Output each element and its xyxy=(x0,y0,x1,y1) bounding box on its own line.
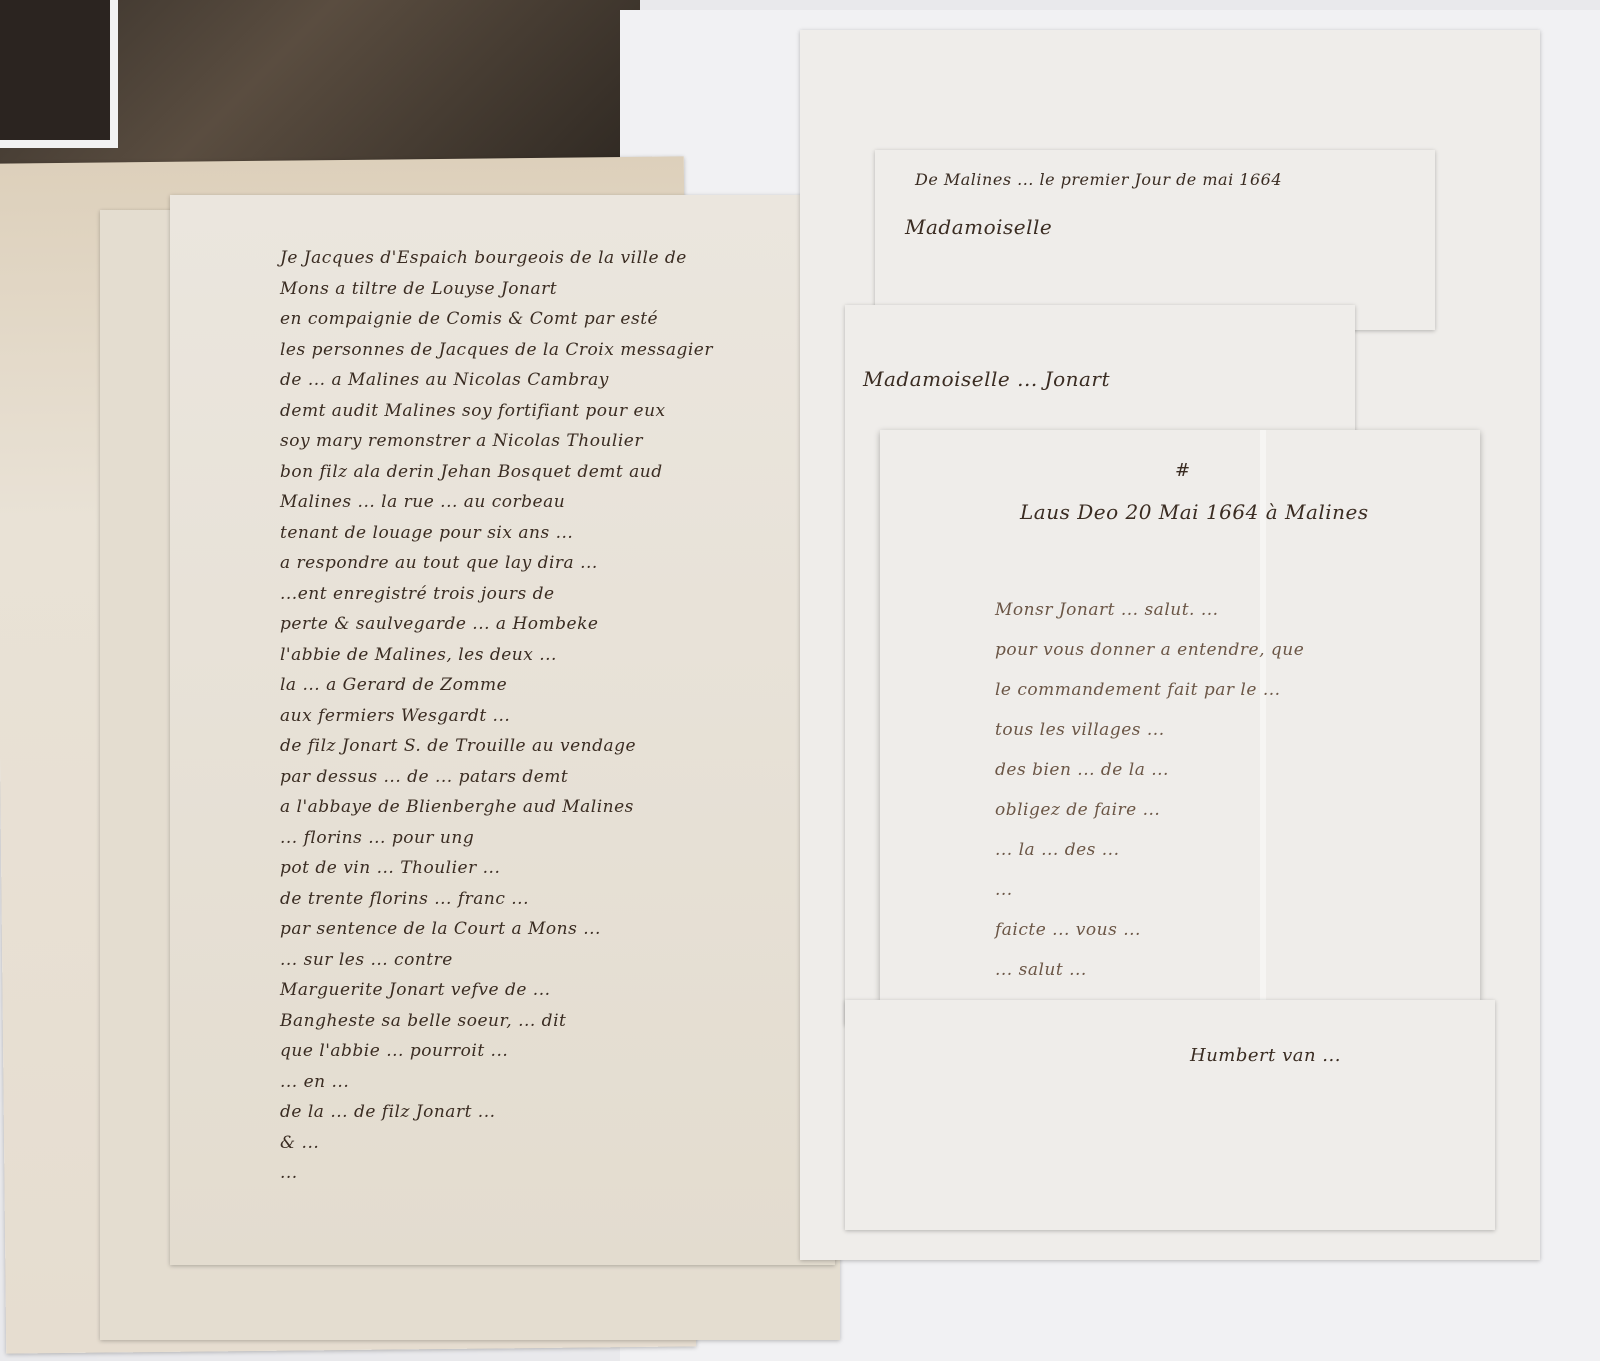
handwritten-line: ... salut ... xyxy=(995,950,1304,990)
handwritten-line: par sentence de la Court a Mons ... xyxy=(280,914,713,945)
handwritten-line: pot de vin ... Thoulier ... xyxy=(280,853,713,884)
handwritten-line: que l'abbie ... pourroit ... xyxy=(280,1036,713,1067)
handwritten-line: aux fermiers Wesgardt ... xyxy=(280,701,713,732)
handwritten-line: des bien ... de la ... xyxy=(995,750,1304,790)
handwritten-line: l'abbie de Malines, les deux ... xyxy=(280,640,713,671)
handwritten-line: bon filz ala derin Jehan Bosquet demt au… xyxy=(280,457,713,488)
middle-letter-salutation: Madamoiselle ... Jonart xyxy=(863,367,1110,391)
handwritten-line: tous les villages ... xyxy=(995,710,1304,750)
handwritten-line: demt audit Malines soy fortifiant pour e… xyxy=(280,396,713,427)
handwritten-line: les personnes de Jacques de la Croix mes… xyxy=(280,335,713,366)
handwritten-line: Monsr Jonart ... salut. ... xyxy=(995,590,1304,630)
handwritten-line: tenant de louage pour six ans ... xyxy=(280,518,713,549)
handwritten-line: perte & saulvegarde ... a Hombeke xyxy=(280,609,713,640)
back-letter: De Malines ... le premier Jour de mai 16… xyxy=(875,150,1435,330)
handwritten-line: a respondre au tout que lay dira ... xyxy=(280,548,713,579)
handwritten-line: ... en ... xyxy=(280,1067,713,1098)
handwritten-line: de trente florins ... franc ... xyxy=(280,884,713,915)
front-letter: # Laus Deo 20 Mai 1664 à Malines Monsr J… xyxy=(880,430,1480,1000)
handwritten-line: soy mary remonstrer a Nicolas Thoulier xyxy=(280,426,713,457)
handwritten-line: Malines ... la rue ... au corbeau xyxy=(280,487,713,518)
signature-sheet: Humbert van ... xyxy=(845,1000,1495,1230)
handwritten-line: la ... a Gerard de Zomme xyxy=(280,670,713,701)
front-letter-dateline: Laus Deo 20 Mai 1664 à Malines xyxy=(1020,500,1369,524)
left-manuscript-text: Je Jacques d'Espaich bourgeois de la vil… xyxy=(280,243,713,1189)
handwritten-line: Marguerite Jonart vefve de ... xyxy=(280,975,713,1006)
handwritten-line: pour vous donner a entendre, que xyxy=(995,630,1304,670)
handwritten-line: a l'abbaye de Blienberghe aud Malines xyxy=(280,792,713,823)
left-manuscript: Je Jacques d'Espaich bourgeois de la vil… xyxy=(170,195,835,1265)
front-letter-text: Monsr Jonart ... salut. ...pour vous don… xyxy=(995,590,1304,990)
back-letter-salutation: Madamoiselle xyxy=(905,215,1052,239)
signature: Humbert van ... xyxy=(1190,1045,1341,1066)
handwritten-line: de ... a Malines au Nicolas Cambray xyxy=(280,365,713,396)
handwritten-line: Mons a tiltre de Louyse Jonart xyxy=(280,274,713,305)
handwritten-line: le commandement fait par le ... xyxy=(995,670,1304,710)
handwritten-line: ...ent enregistré trois jours de xyxy=(280,579,713,610)
front-letter-mark: # xyxy=(1175,460,1191,481)
back-letter-header: De Malines ... le premier Jour de mai 16… xyxy=(915,170,1282,189)
handwritten-line: Je Jacques d'Espaich bourgeois de la vil… xyxy=(280,243,713,274)
handwritten-line: ... sur les ... contre xyxy=(280,945,713,976)
handwritten-line: ... florins ... pour ung xyxy=(280,823,713,854)
handwritten-line: ... xyxy=(280,1158,713,1189)
handwritten-line: par dessus ... de ... patars demt xyxy=(280,762,713,793)
handwritten-line: obligez de faire ... xyxy=(995,790,1304,830)
handwritten-line: en compaignie de Comis & Comt par esté xyxy=(280,304,713,335)
handwritten-line: & ... xyxy=(280,1128,713,1159)
picture-frame xyxy=(0,0,118,148)
handwritten-line: de la ... de filz Jonart ... xyxy=(280,1097,713,1128)
handwritten-line: ... xyxy=(995,870,1304,910)
handwritten-line: faicte ... vous ... xyxy=(995,910,1304,950)
handwritten-line: de filz Jonart S. de Trouille au vendage xyxy=(280,731,713,762)
handwritten-line: Bangheste sa belle soeur, ... dit xyxy=(280,1006,713,1037)
handwritten-line: ... la ... des ... xyxy=(995,830,1304,870)
